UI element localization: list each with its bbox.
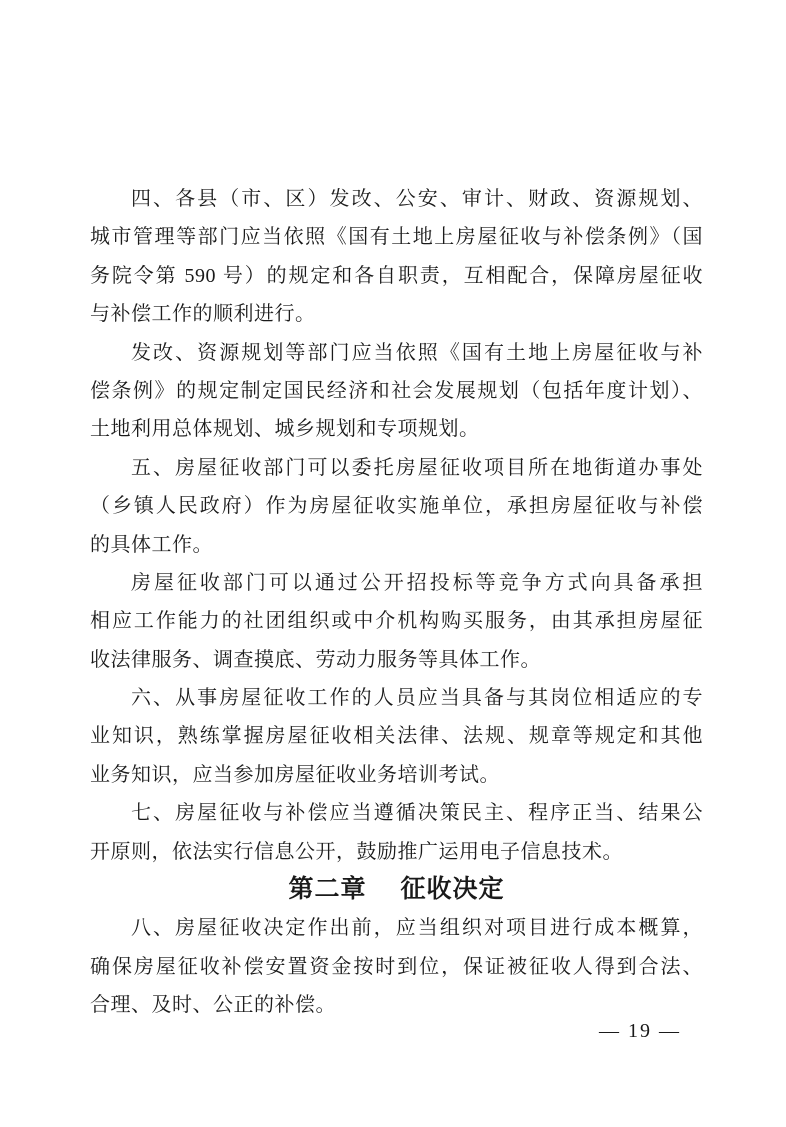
page-number: — 19 — bbox=[575, 1016, 705, 1046]
document-body: 四、各县（市、区）发改、公安、审计、财政、资源规划、 城市管理等部门应当依照《国… bbox=[90, 180, 703, 1025]
body-line: 相应工作能力的社团组织或中介机构购买服务，由其承担房屋征 bbox=[90, 602, 703, 640]
chapter-number: 第二章 bbox=[288, 876, 366, 903]
body-line: 发改、资源规划等部门应当依照《国有土地上房屋征收与补 bbox=[90, 334, 703, 372]
body-line: 六、从事房屋征收工作的人员应当具备与其岗位相适应的专 bbox=[90, 679, 703, 717]
chapter-title: 征收决定 bbox=[401, 876, 505, 903]
body-line: 四、各县（市、区）发改、公安、审计、财政、资源规划、 bbox=[90, 180, 703, 218]
chapter-heading: 第二章征收决定 bbox=[90, 871, 703, 909]
body-line: 业务知识，应当参加房屋征收业务培训考试。 bbox=[90, 756, 703, 794]
body-line: 五、房屋征收部门可以委托房屋征收项目所在地街道办事处 bbox=[90, 449, 703, 487]
body-line: 务院令第 590 号）的规定和各自职责，互相配合，保障房屋征收 bbox=[90, 257, 703, 295]
body-line: 与补偿工作的顺利进行。 bbox=[90, 295, 703, 333]
body-line: 收法律服务、调查摸底、劳动力服务等具体工作。 bbox=[90, 641, 703, 679]
body-line: 的具体工作。 bbox=[90, 526, 703, 564]
body-line: 七、房屋征收与补偿应当遵循决策民主、程序正当、结果公 bbox=[90, 794, 703, 832]
document-page: 四、各县（市、区）发改、公安、审计、财政、资源规划、 城市管理等部门应当依照《国… bbox=[0, 0, 786, 1127]
body-line: （乡镇人民政府）作为房屋征收实施单位，承担房屋征收与补偿 bbox=[90, 487, 703, 525]
body-line: 房屋征收部门可以通过公开招投标等竞争方式向具备承担 bbox=[90, 564, 703, 602]
body-line: 确保房屋征收补偿安置资金按时到位，保证被征收人得到合法、 bbox=[90, 948, 703, 986]
body-line: 偿条例》的规定制定国民经济和社会发展规划（包括年度计划）、 bbox=[90, 372, 703, 410]
body-line: 城市管理等部门应当依照《国有土地上房屋征收与补偿条例》（国 bbox=[90, 218, 703, 256]
body-line: 业知识，熟练掌握房屋征收相关法律、法规、规章等规定和其他 bbox=[90, 717, 703, 755]
body-line: 开原则，依法实行信息公开，鼓励推广运用电子信息技术。 bbox=[90, 833, 703, 871]
body-line: 土地利用总体规划、城乡规划和专项规划。 bbox=[90, 410, 703, 448]
body-line: 八、房屋征收决定作出前，应当组织对项目进行成本概算， bbox=[90, 909, 703, 947]
